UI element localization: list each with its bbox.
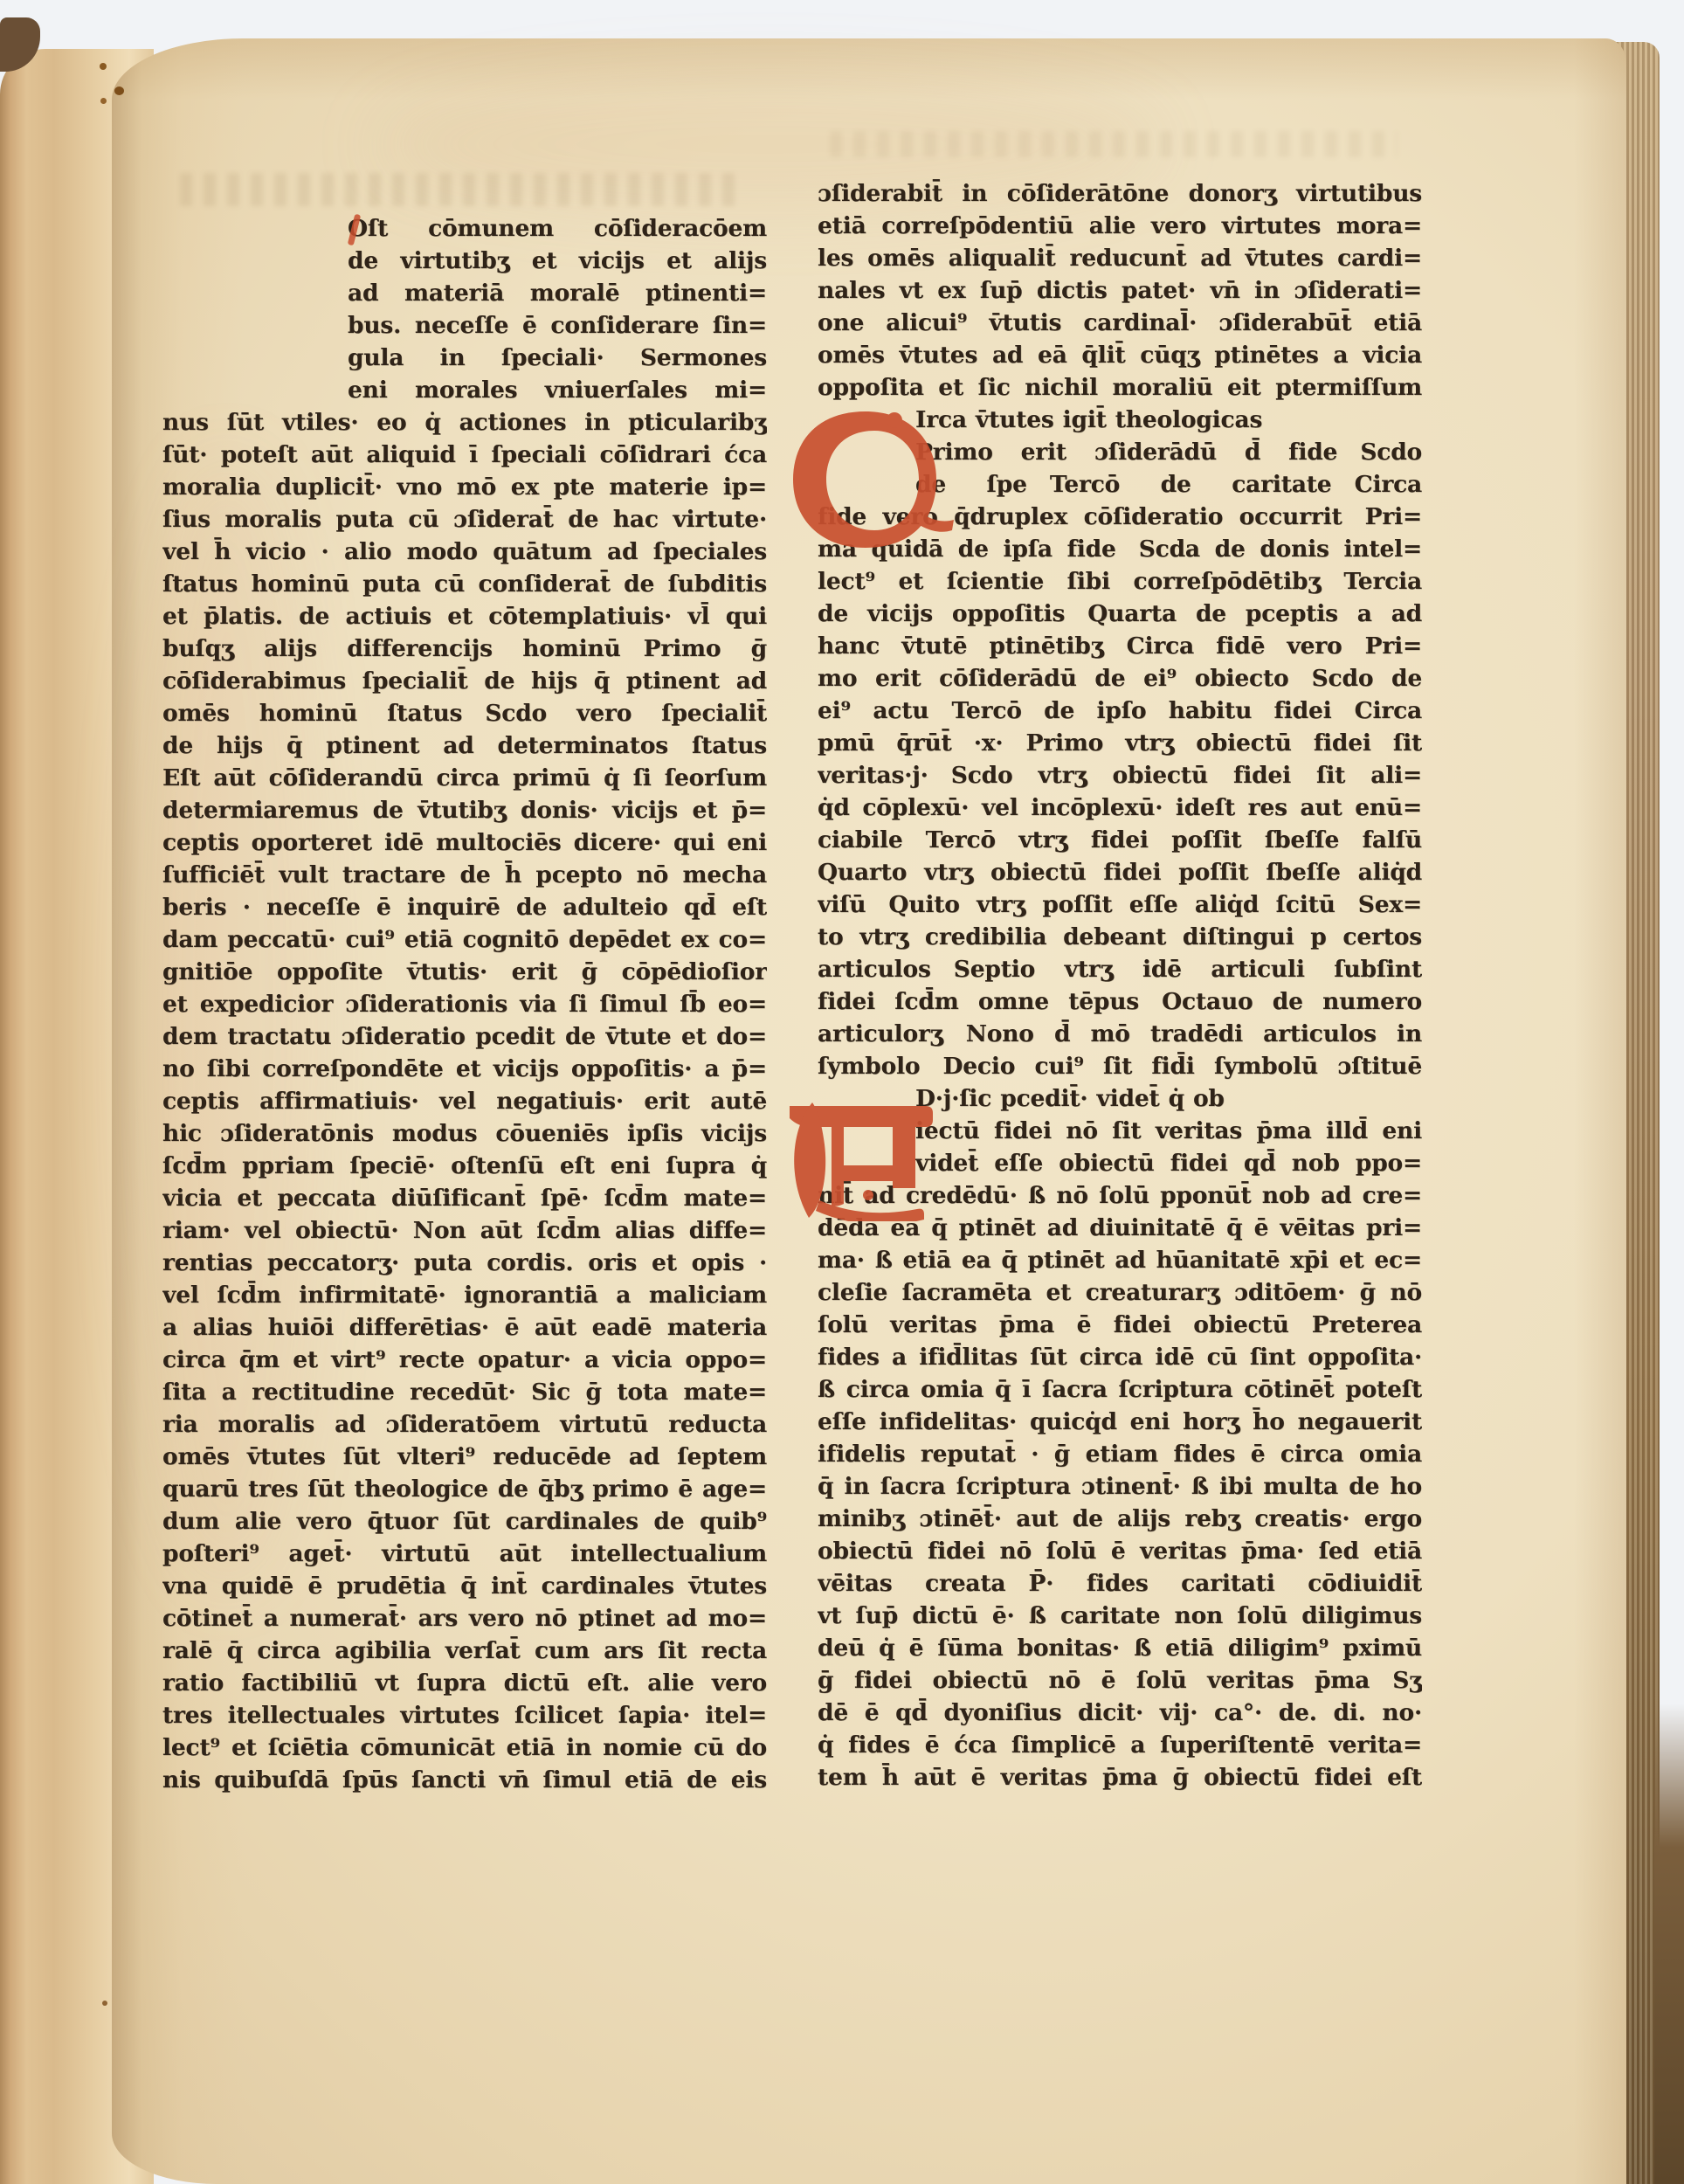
text-line: cōtinet̄ a numerat̄· ars vero nō ptinet … <box>162 1602 767 1635</box>
text-line: dē ē qd̄ dyoniſius dicit· vij· ca°· de. … <box>818 1697 1422 1729</box>
text-line: hic ɔſideratōnis modus cōueniēs ipſis vi… <box>162 1117 767 1150</box>
text-line: ſcd̄m ppriam ſpeciē· oſtenſū eſt eni ſup… <box>162 1150 767 1182</box>
text-line: de vicijs oppoſitis Quarta de pceptis a … <box>818 598 1422 630</box>
text-line: riam· vel obiectū· Non aūt ſcd̄m alias d… <box>162 1214 767 1247</box>
text-line: gnitiōe oppoſite v̄tutis· erit ḡ cōpēdio… <box>162 956 767 988</box>
text-line: ſufficiēt̄ vult tractare de h̄ pcepto nō… <box>162 859 767 891</box>
text-line: etiā correſpōdentiū alie vero virtutes m… <box>818 210 1422 242</box>
foxing-spot <box>100 63 107 70</box>
text-line: ma· ß etiā ea q̄ ptinēt ad hūanitatē xp̄… <box>818 1244 1422 1276</box>
foxing-spot <box>102 2001 107 2006</box>
text-line: et expedicior ɔſiderationis via ſi ſimul… <box>162 988 767 1020</box>
ink-showthrough-band <box>180 173 739 206</box>
text-line: fides a ifid̄litas ſūt circa idē cū ſint… <box>818 1341 1422 1373</box>
text-line: a alias huiōi differētias· ē aūt eadē ma… <box>162 1311 767 1344</box>
text-line: Eſt aūt cōſiderandū circa primū q̇ ſi ſe… <box>162 762 767 794</box>
text-line: vna quidē ē prudētia q̄ int̄ cardinales … <box>162 1570 767 1602</box>
text-line: fidei ſcd̄m omne tēpus Octauo de numero <box>818 985 1422 1018</box>
text-line: omēs v̄tutes ad eā q̄lit̄ cūqʒ ptinētes … <box>818 339 1422 371</box>
text-line: et p̄latis. de actiuis et cōtemplatiuis·… <box>162 600 767 632</box>
text-line: lect⁹ et ſciētia cōmunicāt etiā in nomie… <box>162 1731 767 1764</box>
text-line: nus ſūt vtiles· eo q̇ actiones in pticul… <box>162 406 767 439</box>
text-line: omēs v̄tutes ſūt vlteri⁹ reducēde ad ſep… <box>162 1441 767 1473</box>
book-photo: Oſt cōmunem cōſideracōemde virtutibʒ et … <box>0 0 1684 2184</box>
text-line: beris · neceſſe ē inquirē de adulteio qd… <box>162 891 767 923</box>
text-line: lect⁹ et ſcientie ſibi correſpōdētibʒ Te… <box>818 565 1422 598</box>
text-line: ralē q̄ circa agibilia verſat̄ cum ars ſ… <box>162 1635 767 1667</box>
text-line: minibʒ ɔtinēt̄· aut de alijs rebʒ creati… <box>818 1503 1422 1535</box>
text-line: rentias peccatorʒ· puta cordis. oris et … <box>162 1247 767 1279</box>
text-line: ratio factibiliū vt ſupra dictū eſt. ali… <box>162 1667 767 1699</box>
text-line: no ſibi correſpondēte et vicijs oppoſiti… <box>162 1053 767 1085</box>
text-line: Quarto vtrʒ obiectū fidei poſſit ſbeſſe … <box>818 856 1422 888</box>
text-line: quarū tres ſūt theologice de q̄bʒ primo … <box>162 1473 767 1505</box>
text-line: gula in ſpeciali· Sermones <box>162 342 767 374</box>
text-line: mo erit cōſiderādū de ei⁹ obiecto Scdo d… <box>818 662 1422 695</box>
foxing-spot <box>100 98 107 104</box>
text-line: q̇ fides ē ćca ſimplicē a ſuperiſtentē v… <box>818 1729 1422 1761</box>
text-line: ſymbolo Decio cui⁹ ſit fid̄i ſymbolū ɔſt… <box>818 1050 1422 1082</box>
text-line: ciabile Tercō vtrʒ fidei poſſit ſbeſſe f… <box>818 824 1422 856</box>
text-line: les omēs aliqualit̄ reducunt̄ ad v̄tutes… <box>818 242 1422 274</box>
text-line: de virtutibʒ et vicijs et alijs <box>162 245 767 277</box>
ink-showthrough-band <box>830 131 1398 157</box>
text-line: vt ſup̄ dictū ē· ß caritate non ſolū dil… <box>818 1600 1422 1632</box>
text-line: ß circa omia q̄ ī ſacra ſcriptura cōtinē… <box>818 1373 1422 1406</box>
text-line: ria moralis ad ɔſideratōem virtutū reduc… <box>162 1408 767 1441</box>
text-line: to vtrʒ credibilia debeant diſtingui p c… <box>818 921 1422 953</box>
text-line: hanc v̄tutē ptinētibʒ Circa fidē vero Pr… <box>818 630 1422 662</box>
text-line: vēitas creata P̄· fides caritati cōdiuid… <box>818 1567 1422 1600</box>
text-column-left: Oſt cōmunem cōſideracōemde virtutibʒ et … <box>162 212 767 1796</box>
text-line: de hijs q̄ ptinent ad determinatos ſtatu… <box>162 729 767 762</box>
text-line: ſūt· poteſt aūt aliquid ī ſpeciali cōſid… <box>162 439 767 471</box>
text-line: obiectū fidei nō ſolū ē veritas p̄ma· ſe… <box>818 1535 1422 1567</box>
text-line: ɔſiderabit̄ in cōſiderātōne donorʒ virtu… <box>818 177 1422 210</box>
text-line: ifidelis reputat̄ · ḡ etiam fides ē circ… <box>818 1438 1422 1470</box>
text-line: ceptis oporteret idē multociēs dicere· q… <box>162 826 767 859</box>
text-line: poſteri⁹ aget̄· virtutū aūt intellectual… <box>162 1538 767 1570</box>
text-line: oppoſita et ſic nichil moraliū eit pterm… <box>818 371 1422 404</box>
text-line: q̇d cōplexū· vel incōplexū· ideſt res au… <box>818 791 1422 824</box>
text-line: Oſt cōmunem cōſideracōem <box>162 212 767 245</box>
text-line: bus. neceſſe ē conſiderare ſin= <box>162 309 767 342</box>
text-line: veritas·j· Scdo vtrʒ obiectū fidei ſit a… <box>818 759 1422 791</box>
rubricated-initial-a <box>777 1097 936 1221</box>
text-line: buſqʒ alijs differencijs hominū Primo ḡ <box>162 632 767 665</box>
text-line: dum alie vero q̄tuor ſūt cardinales de q… <box>162 1505 767 1538</box>
text-line: cōſiderabimus ſpecialit̄ de hijs q̄ ptin… <box>162 665 767 697</box>
text-line: nis quibuſdā ſpūs ſancti vn̄ ſimul etiā … <box>162 1764 767 1796</box>
text-line: tem h̄ aūt ē veritas p̄ma ḡ obiectū fide… <box>818 1761 1422 1794</box>
foxing-spot <box>114 86 124 95</box>
text-line: one alicui⁹ v̄tutis cardinal̄· ɔſiderabū… <box>818 307 1422 339</box>
text-line: nales vt ex ſup̄ dictis patet· vn̄ in ɔſ… <box>818 274 1422 307</box>
text-line: articulos Septio vtrʒ idē articuli ſubſi… <box>818 953 1422 985</box>
text-line: vel h̄ vicio · alio modo quātum ad ſpeci… <box>162 536 767 568</box>
text-line: ſita a rectitudine recedūt· Sic ḡ tota m… <box>162 1376 767 1408</box>
rubricated-initial-c <box>791 409 957 550</box>
text-line: pmū q̄rūt̄ ·x· Primo vtrʒ obiectū fidei … <box>818 727 1422 759</box>
text-line: eni morales vniuerſales mi= <box>162 374 767 406</box>
text-line: cleſie ſacramēta et creaturarʒ ɔditōem· … <box>818 1276 1422 1309</box>
text-line: eſſe infidelitas· quicq̇d eni horʒ h̄o n… <box>818 1406 1422 1438</box>
fore-edge-bottom-right <box>1654 1704 1684 2184</box>
text-line: articulorʒ Nono d̄ mō tradēdi articulos … <box>818 1018 1422 1050</box>
text-line: vicia et peccata diūſificant̄ ſpē· ſcd̄m… <box>162 1182 767 1214</box>
text-line: ei⁹ actu Tercō de ipſo habitu fidei Circ… <box>818 695 1422 727</box>
text-line: dem tractatu ɔſideratio pcedit de v̄tute… <box>162 1020 767 1053</box>
text-line: moralia duplicit̄· vno mō ex pte materie… <box>162 471 767 503</box>
text-line: deū q̇ ē ſūma bonitas· ß etiā diligim⁹ p… <box>818 1632 1422 1664</box>
text-line: vel ſcd̄m infirmitatē· ignorantiā a mali… <box>162 1279 767 1311</box>
text-line: circa q̄m et virt⁹ recte opatur· a vicia… <box>162 1344 767 1376</box>
text-line: ſolū veritas p̄ma ē fidei obiectū Preter… <box>818 1309 1422 1341</box>
text-line: determiaremus de v̄tutibʒ donis· vicijs … <box>162 794 767 826</box>
text-line: ḡ fidei obiectū nō ē ſolū veritas p̄ma S… <box>818 1664 1422 1697</box>
text-line: tres itellectuales virtutes ſcilicet ſap… <box>162 1699 767 1731</box>
text-line: ad materiā moralē ptinenti= <box>162 277 767 309</box>
text-line: ſtatus hominū puta cū conſiderat̄ de ſub… <box>162 568 767 600</box>
text-line: viſū Quito vtrʒ poſſit eſſe aliq̇d ſcitū… <box>818 888 1422 921</box>
text-line: ſius moralis puta cū ɔſiderat̄ de hac vi… <box>162 503 767 536</box>
text-line: omēs hominū ſtatus Scdo vero ſpecialit̄ <box>162 697 767 729</box>
text-line: ceptis affirmatiuis· vel negatiuis· erit… <box>162 1085 767 1117</box>
text-line: q̄ in ſacra ſcriptura ɔtinent̄· ß ibi mu… <box>818 1470 1422 1503</box>
text-line: dam peccatū· cui⁹ etiā cognitō depēdet e… <box>162 923 767 956</box>
